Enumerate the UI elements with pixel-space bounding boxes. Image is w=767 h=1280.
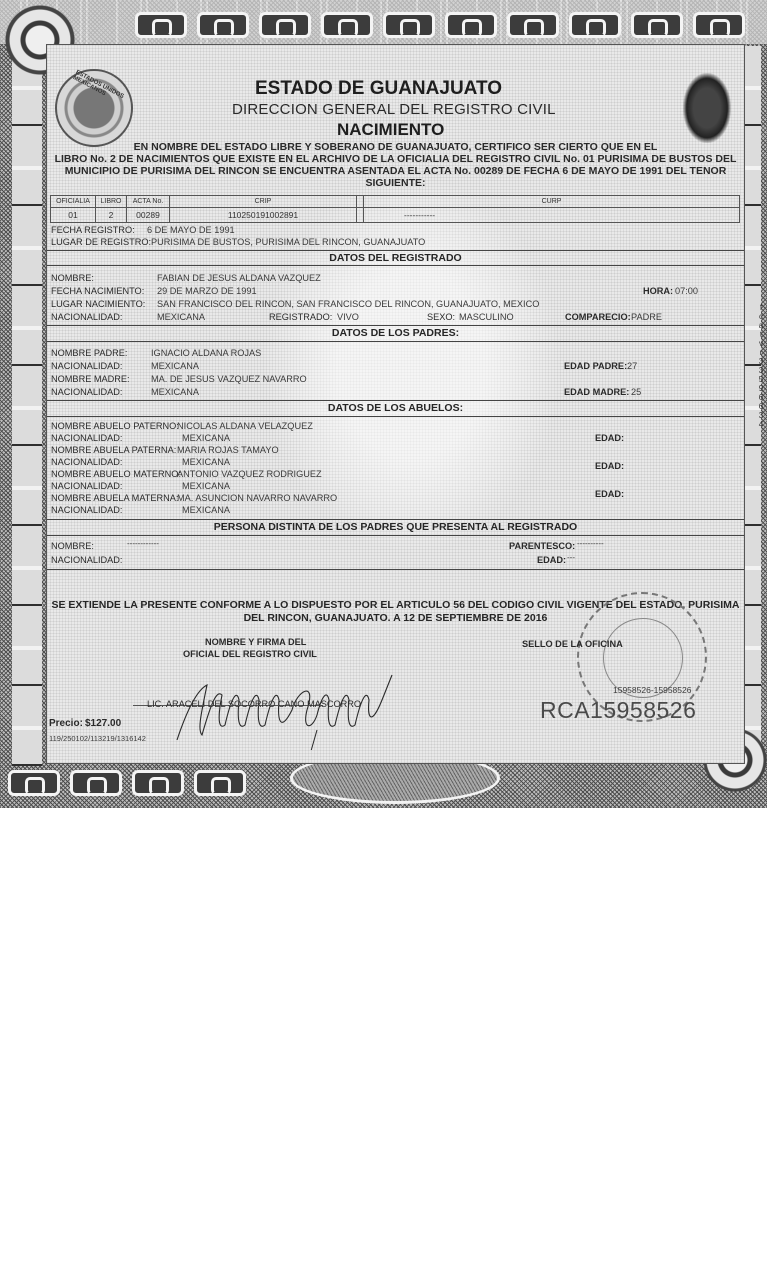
divider xyxy=(47,400,744,401)
divider xyxy=(47,569,744,570)
value-spacer xyxy=(357,208,364,223)
sello-label: SELLO DE LA OFICINA xyxy=(522,639,623,649)
abuela-paterna-value: MARIA ROJAS TAMAYO xyxy=(177,445,279,455)
edad-madre-value: 25 xyxy=(631,387,641,397)
presentante-edad-label: EDAD: xyxy=(537,555,566,565)
lugar-nacimiento-label: LUGAR NACIMIENTO: xyxy=(51,299,145,309)
divider xyxy=(47,265,744,266)
value-curp: ----------- xyxy=(364,208,740,223)
divider xyxy=(47,325,744,326)
value-acta: 00289 xyxy=(127,208,170,223)
madre-nacionalidad-label: NACIONALIDAD: xyxy=(51,387,122,397)
guanajuato-coat-of-arms-icon xyxy=(683,73,731,143)
state-title: ESTADO DE GUANAJUATO xyxy=(255,78,502,100)
abuela-paterna-edad-label: EDAD: xyxy=(595,461,624,471)
presentante-edad-value: --- xyxy=(567,553,575,562)
comparecio-label: COMPARECIO: xyxy=(565,312,631,322)
sexo-label: SEXO: xyxy=(427,312,455,322)
lugar-nacimiento-value: SAN FRANCISCO DEL RINCON, SAN FRANCISCO … xyxy=(157,299,539,309)
abuela-materna-label: NOMBRE ABUELA MATERNA: xyxy=(51,493,178,503)
value-crip: 110250191002891 xyxy=(170,208,357,223)
oficial-name: LIC. ARACELI DEL SOCORRO CANO MASCORRO xyxy=(147,699,361,709)
bottom-meander-border xyxy=(8,770,246,796)
abuelo-paterno-edad-label: EDAD: xyxy=(595,433,624,443)
header-oficialia: OFICIALIA xyxy=(51,196,96,208)
padre-nacionalidad-label: NACIONALIDAD: xyxy=(51,361,122,371)
registrado-value: VIVO xyxy=(337,312,359,322)
certificate-body: ESTADOS UNIDOS MEXICANOS ESTADO DE GUANA… xyxy=(46,44,745,764)
edad-madre-label: EDAD MADRE: xyxy=(564,387,629,397)
precio-label: Precio: xyxy=(49,718,83,729)
folio-range: 15958526-15958526 xyxy=(613,685,691,695)
value-oficialia: 01 xyxy=(51,208,96,223)
abuelo-paterno-nacionalidad-value: MEXICANA xyxy=(182,433,230,443)
presentante-nombre-value: ------------ xyxy=(127,539,159,548)
agency-title: DIRECCION GENERAL DEL REGISTRO CIVIL xyxy=(232,101,556,118)
madre-label: NOMBRE MADRE: xyxy=(51,374,130,384)
abuela-paterna-nacionalidad-value: MEXICANA xyxy=(182,457,230,467)
abuelo-materno-nacionalidad-label: NACIONALIDAD: xyxy=(51,481,122,491)
divider xyxy=(47,519,744,520)
sexo-value: MASCULINO xyxy=(459,312,514,322)
official-signature xyxy=(167,670,407,750)
header-crip: CRIP xyxy=(170,196,357,208)
record-table: OFICIALIA LIBRO ACTA No. CRIP CURP 01 2 … xyxy=(50,195,740,223)
lugar-registro-value: PURISIMA DE BUSTOS, PURISIMA DEL RINCON,… xyxy=(151,237,425,247)
padre-value: IGNACIO ALDANA ROJAS xyxy=(151,348,261,358)
intro-line-4: SIGUIENTE: xyxy=(47,177,744,189)
presentante-nacionalidad-label: NACIONALIDAD: xyxy=(51,555,122,565)
divider xyxy=(47,535,744,536)
comparecio-value: PADRE xyxy=(631,312,662,322)
divider xyxy=(47,416,744,417)
header-libro: LIBRO xyxy=(96,196,127,208)
document-type: NACIMIENTO xyxy=(337,120,444,140)
padre-label: NOMBRE PADRE: xyxy=(51,348,127,358)
section-abuelos-title: DATOS DE LOS ABUELOS: xyxy=(47,402,744,414)
value-libro: 2 xyxy=(96,208,127,223)
edad-padre-label: EDAD PADRE: xyxy=(564,361,627,371)
abuela-paterna-nacionalidad-label: NACIONALIDAD: xyxy=(51,457,122,467)
hora-value: 07:00 xyxy=(675,286,698,296)
lugar-registro-label: LUGAR DE REGISTRO: xyxy=(51,237,151,247)
folio-number: RCA15958526 xyxy=(540,697,696,724)
emblem-text: ESTADOS UNIDOS MEXICANOS xyxy=(72,70,131,109)
fecha-nacimiento-label: FECHA NACIMIENTO: xyxy=(51,286,144,296)
section-registrado-title: DATOS DEL REGISTRADO xyxy=(47,252,744,264)
fecha-registro-label: FECHA REGISTRO: xyxy=(51,225,135,235)
madre-value: MA. DE JESUS VAZQUEZ NAVARRO xyxy=(151,374,307,384)
firma-label-1: NOMBRE Y FIRMA DEL xyxy=(205,637,306,647)
abuela-materna-nacionalidad-label: NACIONALIDAD: xyxy=(51,505,122,515)
section-presentante-title: PERSONA DISTINTA DE LOS PADRES QUE PRESE… xyxy=(47,521,744,533)
section-padres-title: DATOS DE LOS PADRES: xyxy=(47,327,744,339)
abuela-paterna-label: NOMBRE ABUELA PATERNA: xyxy=(51,445,176,455)
edad-padre-value: 27 xyxy=(627,361,637,371)
abuelo-paterno-label: NOMBRE ABUELO PATERNO: xyxy=(51,421,179,431)
header-spacer xyxy=(357,196,364,208)
nombre-value: FABIAN DE JESUS ALDANA VAZQUEZ xyxy=(157,273,321,283)
fecha-registro-value: 6 DE MAYO DE 1991 xyxy=(147,225,235,235)
padre-nacionalidad-value: MEXICANA xyxy=(151,361,199,371)
abuelo-paterno-nacionalidad-label: NACIONALIDAD: xyxy=(51,433,122,443)
left-border-band xyxy=(12,46,42,766)
top-meander-border xyxy=(135,12,745,38)
abuelo-materno-nacionalidad-value: MEXICANA xyxy=(182,481,230,491)
mexican-coat-of-arms-icon: ESTADOS UNIDOS MEXICANOS xyxy=(55,69,133,147)
abuelo-paterno-value: NICOLAS ALDANA VELAZQUEZ xyxy=(177,421,313,431)
control-number: 119/250102/113219/1316142 xyxy=(49,734,146,743)
hora-label: HORA: xyxy=(643,286,673,296)
abuelo-materno-value: ANTONIO VAZQUEZ RODRIGUEZ xyxy=(177,469,322,479)
header-acta: ACTA No. xyxy=(127,196,170,208)
madre-nacionalidad-value: MEXICANA xyxy=(151,387,199,397)
side-security-code: fcatvr33596634 xyxy=(756,303,766,429)
nombre-label: NOMBRE: xyxy=(51,273,94,283)
nacionalidad-value: MEXICANA xyxy=(157,312,205,322)
divider xyxy=(47,341,744,342)
abuela-materna-value: MA. ASUNCION NAVARRO NAVARRO xyxy=(177,493,337,503)
precio-value: $127.00 xyxy=(85,718,121,729)
abuela-materna-nacionalidad-value: MEXICANA xyxy=(182,505,230,515)
record-table-row: 01 2 00289 110250191002891 ----------- xyxy=(51,208,740,223)
intro-line-1: EN NOMBRE DEL ESTADO LIBRE Y SOBERANO DE… xyxy=(47,141,744,153)
header-curp: CURP xyxy=(364,196,740,208)
fecha-nacimiento-value: 29 DE MARZO DE 1991 xyxy=(157,286,257,296)
intro-line-3: MUNICIPIO DE PURISIMA DEL RINCON SE ENCU… xyxy=(47,165,744,177)
registrado-label: REGISTRADO: xyxy=(269,312,332,322)
presentante-nombre-label: NOMBRE: xyxy=(51,541,94,551)
intro-line-2: LIBRO No. 2 DE NACIMIENTOS QUE EXISTE EN… xyxy=(47,153,744,165)
firma-label-2: OFICIAL DEL REGISTRO CIVIL xyxy=(183,649,317,659)
parentesco-value: ---------- xyxy=(577,539,604,548)
parentesco-label: PARENTESCO: xyxy=(509,541,575,551)
record-table-header: OFICIALIA LIBRO ACTA No. CRIP CURP xyxy=(51,196,740,208)
abuelo-materno-edad-label: EDAD: xyxy=(595,489,624,499)
birth-certificate: ESTADOS UNIDOS MEXICANOS ESTADO DE GUANA… xyxy=(0,0,767,808)
divider xyxy=(47,250,744,251)
nacionalidad-label: NACIONALIDAD: xyxy=(51,312,122,322)
abuelo-materno-label: NOMBRE ABUELO MATERNO: xyxy=(51,469,181,479)
